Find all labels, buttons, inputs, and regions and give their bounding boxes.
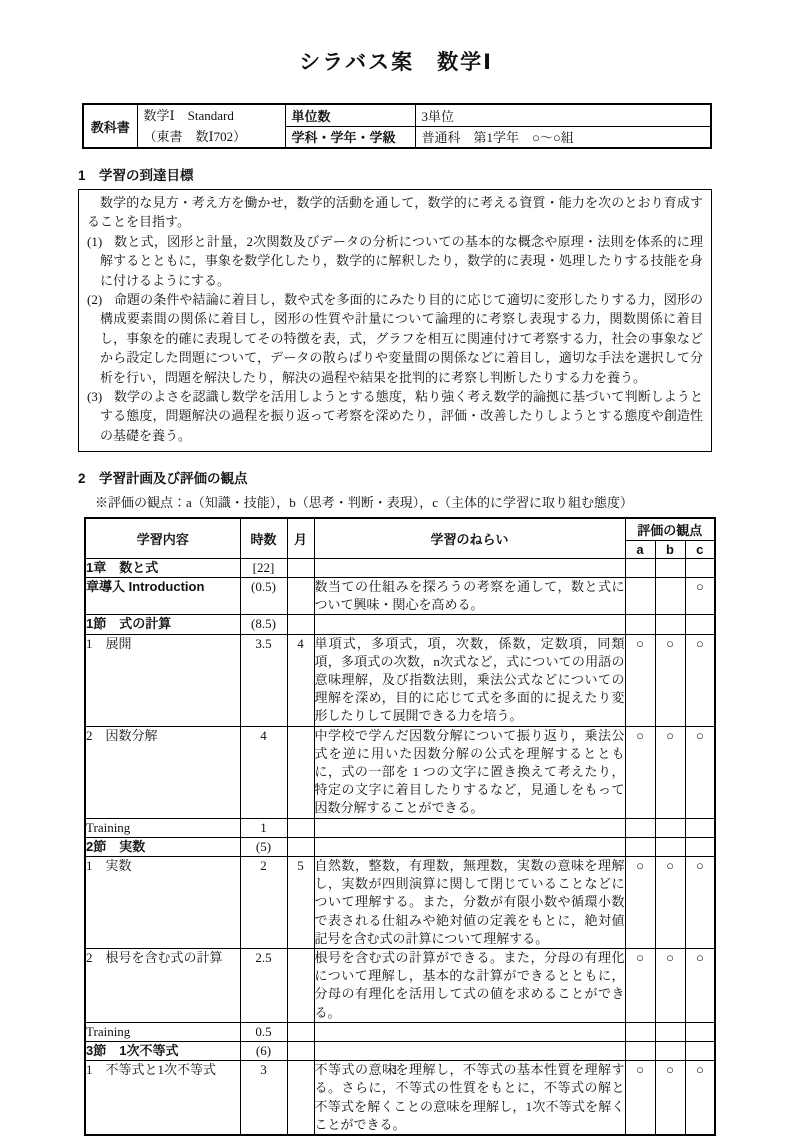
cell-month [287, 818, 314, 837]
cell-aim [314, 615, 625, 634]
class-label: 学科・学年・学級 [285, 126, 415, 148]
table-row: 2節 実数(5) [85, 837, 715, 856]
cell-hours: 1 [240, 818, 287, 837]
cell-content: 1 実数 [85, 857, 240, 949]
cell-hours: (5) [240, 837, 287, 856]
cell-b [655, 615, 685, 634]
cell-hours: [22] [240, 558, 287, 577]
goal-item-1: (1)数と式，図形と計量，2次関数及びデータの分析についての基本的な概念や原理・… [87, 232, 703, 290]
cell-c [685, 1042, 715, 1061]
textbook-code: （東書 数Ⅰ702） [144, 126, 279, 147]
section1-heading: 1 学習の到達目標 [78, 164, 714, 184]
table-row: 1 実数25自然数，整数，有理数，無理数，実数の意味を理解し，実数が四則演算に関… [85, 857, 715, 949]
table-row: 2 因数分解4中学校で学んだ因数分解について振り返り，乗法公式を逆に用いた因数分… [85, 726, 715, 818]
cell-content: 2 因数分解 [85, 726, 240, 818]
class-value: 普通科 第1学年 ○～○組 [415, 126, 711, 148]
table-row: Training1 [85, 818, 715, 837]
table-row: 章導入 Introduction(0.5)数当ての仕組みを探ろうの考察を通して，… [85, 577, 715, 614]
goal-text: 命題の条件や結論に着目し，数や式を多面的にみたり目的に応じて適切に変形したりする… [100, 292, 703, 385]
cell-c [685, 818, 715, 837]
cell-b: ○ [655, 949, 685, 1023]
table-row: 1章 数と式[22] [85, 558, 715, 577]
cell-month [287, 577, 314, 614]
cell-content: 1章 数と式 [85, 558, 240, 577]
cell-aim: 中学校で学んだ因数分解について振り返り，乗法公式を逆に用いた因数分解の公式を理解… [314, 726, 625, 818]
page-title: シラバス案 数学Ⅰ [78, 46, 714, 76]
cell-aim: 根号を含む式の計算ができる。また，分母の有理化について理解し，基本的な計算ができ… [314, 949, 625, 1023]
table-row: 3節 1次不等式(6) [85, 1042, 715, 1061]
cell-b [655, 1022, 685, 1041]
cell-b [655, 818, 685, 837]
cell-hours: (0.5) [240, 577, 287, 614]
cell-c: ○ [685, 726, 715, 818]
cell-aim [314, 1022, 625, 1041]
cell-c: ○ [685, 577, 715, 614]
table-row: 2 根号を含む式の計算2.5根号を含む式の計算ができる。また，分母の有理化につい… [85, 949, 715, 1023]
table-row: Training0.5 [85, 1022, 715, 1041]
cell-b [655, 558, 685, 577]
units-label: 単位数 [285, 104, 415, 126]
evaluation-note: ※評価の観点：a（知識・技能），b（思考・判断・表現），c（主体的に学習に取り組… [78, 492, 714, 511]
cell-a: ○ [625, 857, 655, 949]
cell-a [625, 818, 655, 837]
header-hours: 時数 [240, 518, 287, 558]
textbook-info-table: 教科書 数学Ⅰ Standard （東書 数Ⅰ702） 単位数 3単位 学科・学… [82, 103, 712, 149]
cell-c: ○ [685, 634, 715, 726]
cell-c [685, 615, 715, 634]
cell-c [685, 1022, 715, 1041]
textbook-value: 数学Ⅰ Standard （東書 数Ⅰ702） [137, 104, 285, 148]
cell-month [287, 558, 314, 577]
header-eval-b: b [655, 540, 685, 558]
cell-content: Training [85, 1022, 240, 1041]
cell-aim: 自然数，整数，有理数，無理数，実数の意味を理解し，実数が四則演算に関して閉じてい… [314, 857, 625, 949]
cell-content: 3節 1次不等式 [85, 1042, 240, 1061]
cell-content: 2節 実数 [85, 837, 240, 856]
table-row: 1 展開3.54単項式，多項式，項，次数，係数，定数項，同類項，多項式の次数，n… [85, 634, 715, 726]
cell-content: 1 展開 [85, 634, 240, 726]
page-number: 1 [0, 1062, 790, 1078]
cell-month [287, 949, 314, 1023]
cell-month [287, 1042, 314, 1061]
learning-goals-box: 数学的な見方・考え方を働かせ，数学的活動を通して，数学的に考える資質・能力を次の… [78, 189, 712, 452]
cell-month [287, 615, 314, 634]
section2-heading: 2 学習計画及び評価の観点 [78, 467, 714, 487]
cell-a [625, 615, 655, 634]
cell-hours: (6) [240, 1042, 287, 1061]
cell-content: Training [85, 818, 240, 837]
cell-aim: 数当ての仕組みを探ろうの考察を通して，数と式について興味・関心を高める。 [314, 577, 625, 614]
header-evaluation: 評価の観点 [625, 518, 715, 540]
cell-a [625, 837, 655, 856]
cell-aim: 単項式，多項式，項，次数，係数，定数項，同類項，多項式の次数，n次式など，式につ… [314, 634, 625, 726]
cell-month [287, 837, 314, 856]
document-page: シラバス案 数学Ⅰ 教科書 数学Ⅰ Standard （東書 数Ⅰ702） 単位… [0, 0, 790, 1118]
cell-aim [314, 1042, 625, 1061]
cell-hours: 0.5 [240, 1022, 287, 1041]
cell-a [625, 558, 655, 577]
cell-a: ○ [625, 726, 655, 818]
goal-item-3: (3)数学のよさを認識し数学を活用しようとする態度，粘り強く考え数学的論拠に基づ… [87, 387, 703, 445]
cell-c: ○ [685, 949, 715, 1023]
table-row: 教科書 数学Ⅰ Standard （東書 数Ⅰ702） 単位数 3単位 [83, 104, 711, 126]
cell-hours: 3.5 [240, 634, 287, 726]
cell-aim [314, 558, 625, 577]
cell-b [655, 837, 685, 856]
cell-c [685, 837, 715, 856]
cell-month: 5 [287, 857, 314, 949]
header-eval-a: a [625, 540, 655, 558]
goal-item-2: (2)命題の条件や結論に着目し，数や式を多面的にみたり目的に応じて適切に変形した… [87, 290, 703, 387]
goal-number: (1) [87, 234, 102, 249]
cell-b [655, 577, 685, 614]
table-header-row: 学習内容 時数 月 学習のねらい 評価の観点 [85, 518, 715, 540]
textbook-name: 数学Ⅰ Standard [144, 105, 279, 126]
cell-month [287, 726, 314, 818]
cell-content: 1節 式の計算 [85, 615, 240, 634]
cell-a [625, 577, 655, 614]
cell-c [685, 558, 715, 577]
header-content: 学習内容 [85, 518, 240, 558]
cell-aim [314, 818, 625, 837]
header-eval-c: c [685, 540, 715, 558]
cell-a: ○ [625, 634, 655, 726]
cell-b: ○ [655, 726, 685, 818]
units-value: 3単位 [415, 104, 711, 126]
goal-text: 数と式，図形と計量，2次関数及びデータの分析についての基本的な概念や原理・法則を… [100, 234, 703, 288]
cell-c: ○ [685, 857, 715, 949]
cell-content: 2 根号を含む式の計算 [85, 949, 240, 1023]
goal-text: 数学のよさを認識し数学を活用しようとする態度，粘り強く考え数学的論拠に基づいて判… [100, 389, 703, 443]
cell-hours: (8.5) [240, 615, 287, 634]
cell-a: ○ [625, 949, 655, 1023]
header-month: 月 [287, 518, 314, 558]
cell-b [655, 1042, 685, 1061]
cell-month: 4 [287, 634, 314, 726]
cell-aim [314, 837, 625, 856]
goal-number: (2) [87, 292, 102, 307]
cell-month [287, 1022, 314, 1041]
header-aim: 学習のねらい [314, 518, 625, 558]
cell-b: ○ [655, 634, 685, 726]
cell-hours: 4 [240, 726, 287, 818]
textbook-label: 教科書 [83, 104, 137, 148]
cell-hours: 2 [240, 857, 287, 949]
cell-b: ○ [655, 857, 685, 949]
lesson-plan-table: 学習内容 時数 月 学習のねらい 評価の観点 a b c 1章 数と式[22]章… [84, 517, 716, 1136]
goals-intro: 数学的な見方・考え方を働かせ，数学的活動を通して，数学的に考える資質・能力を次の… [87, 193, 703, 232]
cell-a [625, 1042, 655, 1061]
cell-hours: 2.5 [240, 949, 287, 1023]
goal-number: (3) [87, 389, 102, 404]
cell-a [625, 1022, 655, 1041]
table-row: 1節 式の計算(8.5) [85, 615, 715, 634]
cell-content: 章導入 Introduction [85, 577, 240, 614]
